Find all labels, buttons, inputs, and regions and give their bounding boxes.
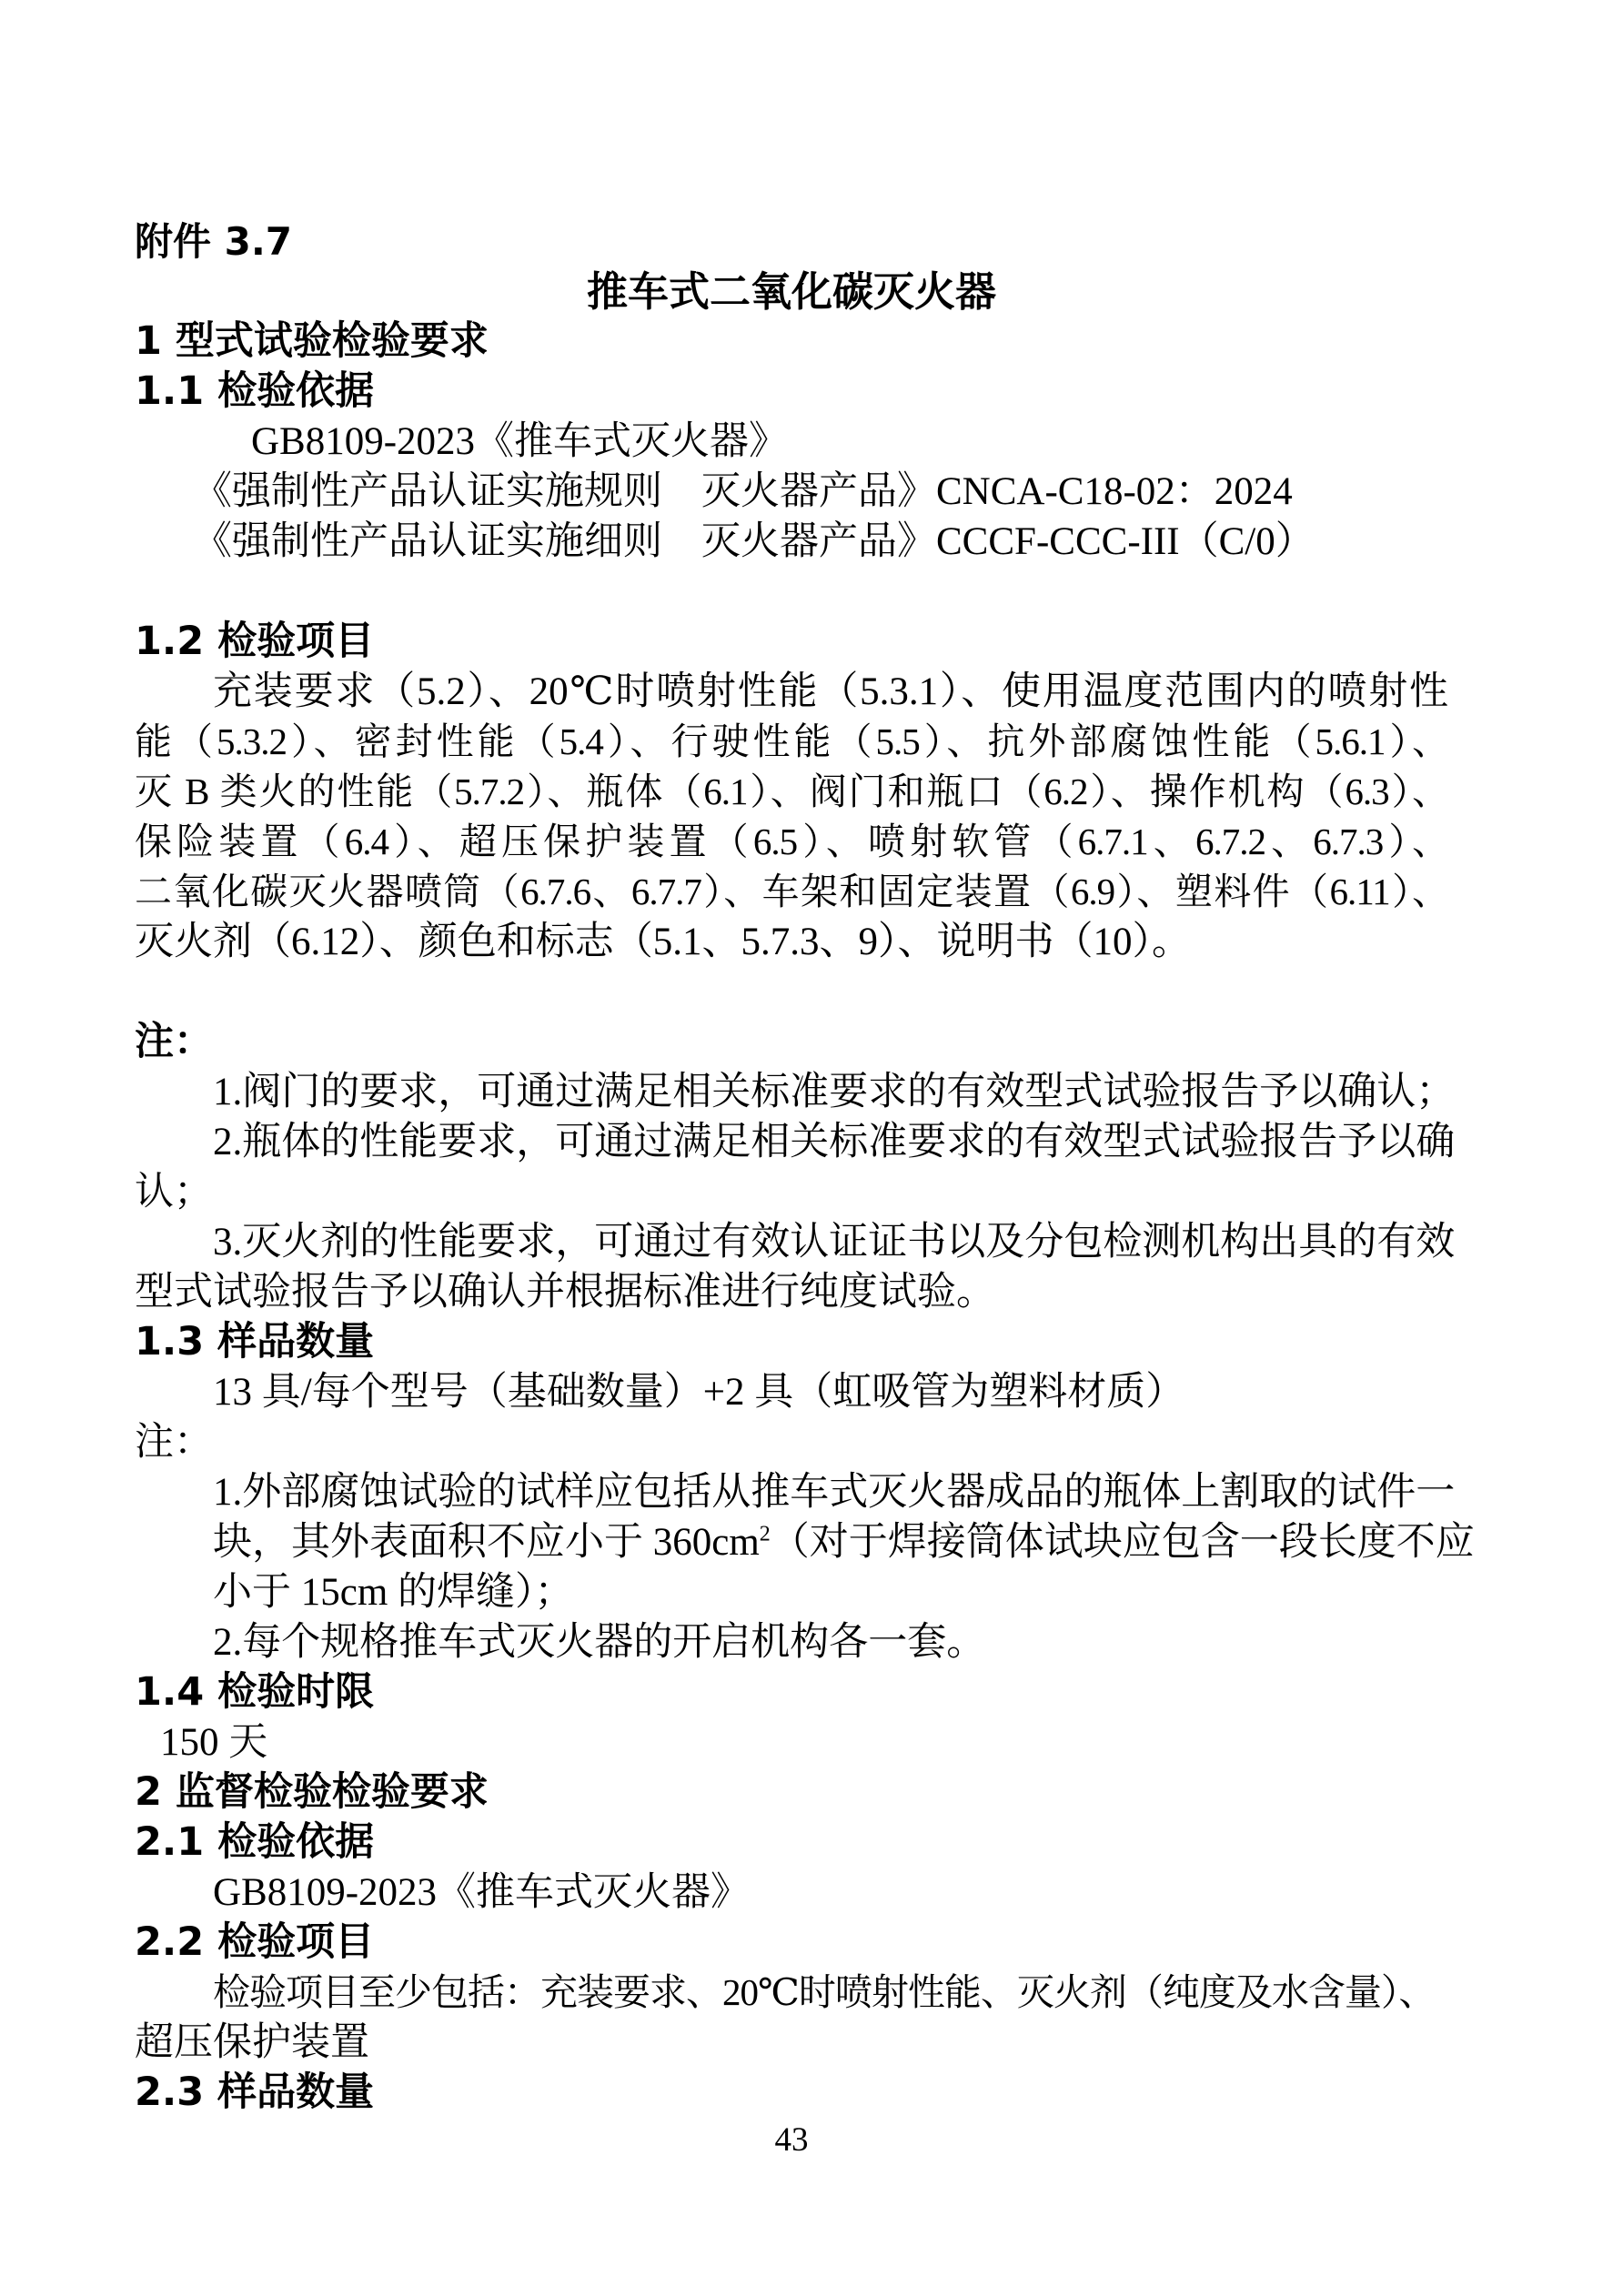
reference-line-rules: 《强制性产品认证实施规则 灭火器产品》CNCA-C18-02：2024 (135, 467, 1448, 517)
page-number: 43 (135, 2120, 1448, 2160)
note-2-item-1-line-3: 小于 15cm 的焊缝）； (135, 1567, 1448, 1617)
inspection-period-value: 150 天 (135, 1717, 1448, 1767)
note-2-item-2: 2.每个规格推车式灭火器的开启机构各一套。 (135, 1617, 1448, 1667)
attachment-label: 附件 3.7 (135, 217, 1448, 267)
supervision-items-line-2: 超压保护装置 (135, 2018, 1448, 2068)
section-1-3-heading: 1.3 样品数量 (135, 1317, 1448, 1367)
section-2-1-heading: 2.1 检验依据 (135, 1818, 1448, 1868)
superscript-2: 2 (760, 1523, 771, 1546)
blank-line (135, 967, 1448, 1017)
section-1-heading: 1 型式试验检验要求 (135, 317, 1448, 367)
inspection-items-line-2: 能（5.3.2）、密封性能（5.4）、行驶性能（5.5）、抗外部腐蚀性能（5.6… (135, 717, 1448, 767)
note-1-item-2-line-1: 2.瓶体的性能要求，可通过满足相关标准要求的有效型式试验报告予以确 (135, 1117, 1448, 1167)
sample-quantity-line: 13 具/每个型号（基础数量）+2 具（虹吸管为塑料材质） (135, 1367, 1448, 1417)
note-1-item-2-line-2: 认； (135, 1167, 1448, 1217)
supervision-items-line-1: 检验项目至少包括：充装要求、20℃时喷射性能、灭火剂（纯度及水含量）、 (135, 1968, 1448, 2018)
inspection-items-line-3: 灭 B 类火的性能（5.7.2）、瓶体（6.1）、阀门和瓶口（6.2）、操作机构… (135, 767, 1448, 817)
note-1-item-1: 1.阀门的要求，可通过满足相关标准要求的有效型式试验报告予以确认； (135, 1067, 1448, 1117)
note-2-item-1-line-1: 1.外部腐蚀试验的试样应包括从推车式灭火器成品的瓶体上割取的试件一 (135, 1467, 1448, 1517)
reference-line-detailed-rules: 《强制性产品认证实施细则 灭火器产品》CCCF-CCC-III（C/0） (135, 517, 1448, 567)
inspection-items-line-4: 保险装置（6.4）、超压保护装置（6.5）、喷射软管（6.7.1、6.7.2、6… (135, 817, 1448, 867)
reference-line-gb-2: GB8109-2023《推车式灭火器》 (135, 1868, 1448, 1918)
section-1-1-heading: 1.1 检验依据 (135, 367, 1448, 417)
reference-line-gb: GB8109-2023《推车式灭火器》 (135, 417, 1448, 467)
blank-line (135, 567, 1448, 617)
weld-clause-text: （对于焊接筒体试块应包含一段长度不应 (771, 1521, 1475, 1564)
document-title: 推车式二氧化碳灭火器 (135, 267, 1448, 317)
inspection-items-line-5: 二氧化碳灭火器喷筒（6.7.6、6.7.7）、车架和固定装置（6.9）、塑料件（… (135, 867, 1448, 917)
section-2-heading: 2 监督检验检验要求 (135, 1767, 1448, 1818)
note-1-item-3-line-2: 型式试验报告予以确认并根据标准进行纯度试验。 (135, 1267, 1448, 1317)
note-label-2: 注： (135, 1417, 1448, 1467)
inspection-items-line-1: 充装要求（5.2）、20℃时喷射性能（5.3.1）、使用温度范围内的喷射性 (135, 667, 1448, 717)
document-page: { "doc": { "attachment": "附件 3.7", "titl… (0, 0, 1623, 2296)
note-1-item-3-line-1: 3.灭火剂的性能要求，可通过有效认证证书以及分包检测机构出具的有效 (135, 1217, 1448, 1267)
surface-area-text: 块，其外表面积不应小于 360cm (213, 1521, 760, 1564)
section-2-2-heading: 2.2 检验项目 (135, 1918, 1448, 1968)
section-2-3-heading: 2.3 样品数量 (135, 2068, 1448, 2118)
inspection-items-line-6: 灭火剂（6.12）、颜色和标志（5.1、5.7.3、9）、说明书（10）。 (135, 917, 1448, 967)
note-2-item-1-line-2: 块，其外表面积不应小于 360cm2（对于焊接筒体试块应包含一段长度不应 (135, 1517, 1448, 1567)
document-body: 附件 3.7 推车式二氧化碳灭火器 1 型式试验检验要求 1.1 检验依据 GB… (135, 217, 1448, 2118)
section-1-2-heading: 1.2 检验项目 (135, 617, 1448, 667)
note-label-1: 注： (135, 1017, 1448, 1067)
section-1-4-heading: 1.4 检验时限 (135, 1667, 1448, 1717)
